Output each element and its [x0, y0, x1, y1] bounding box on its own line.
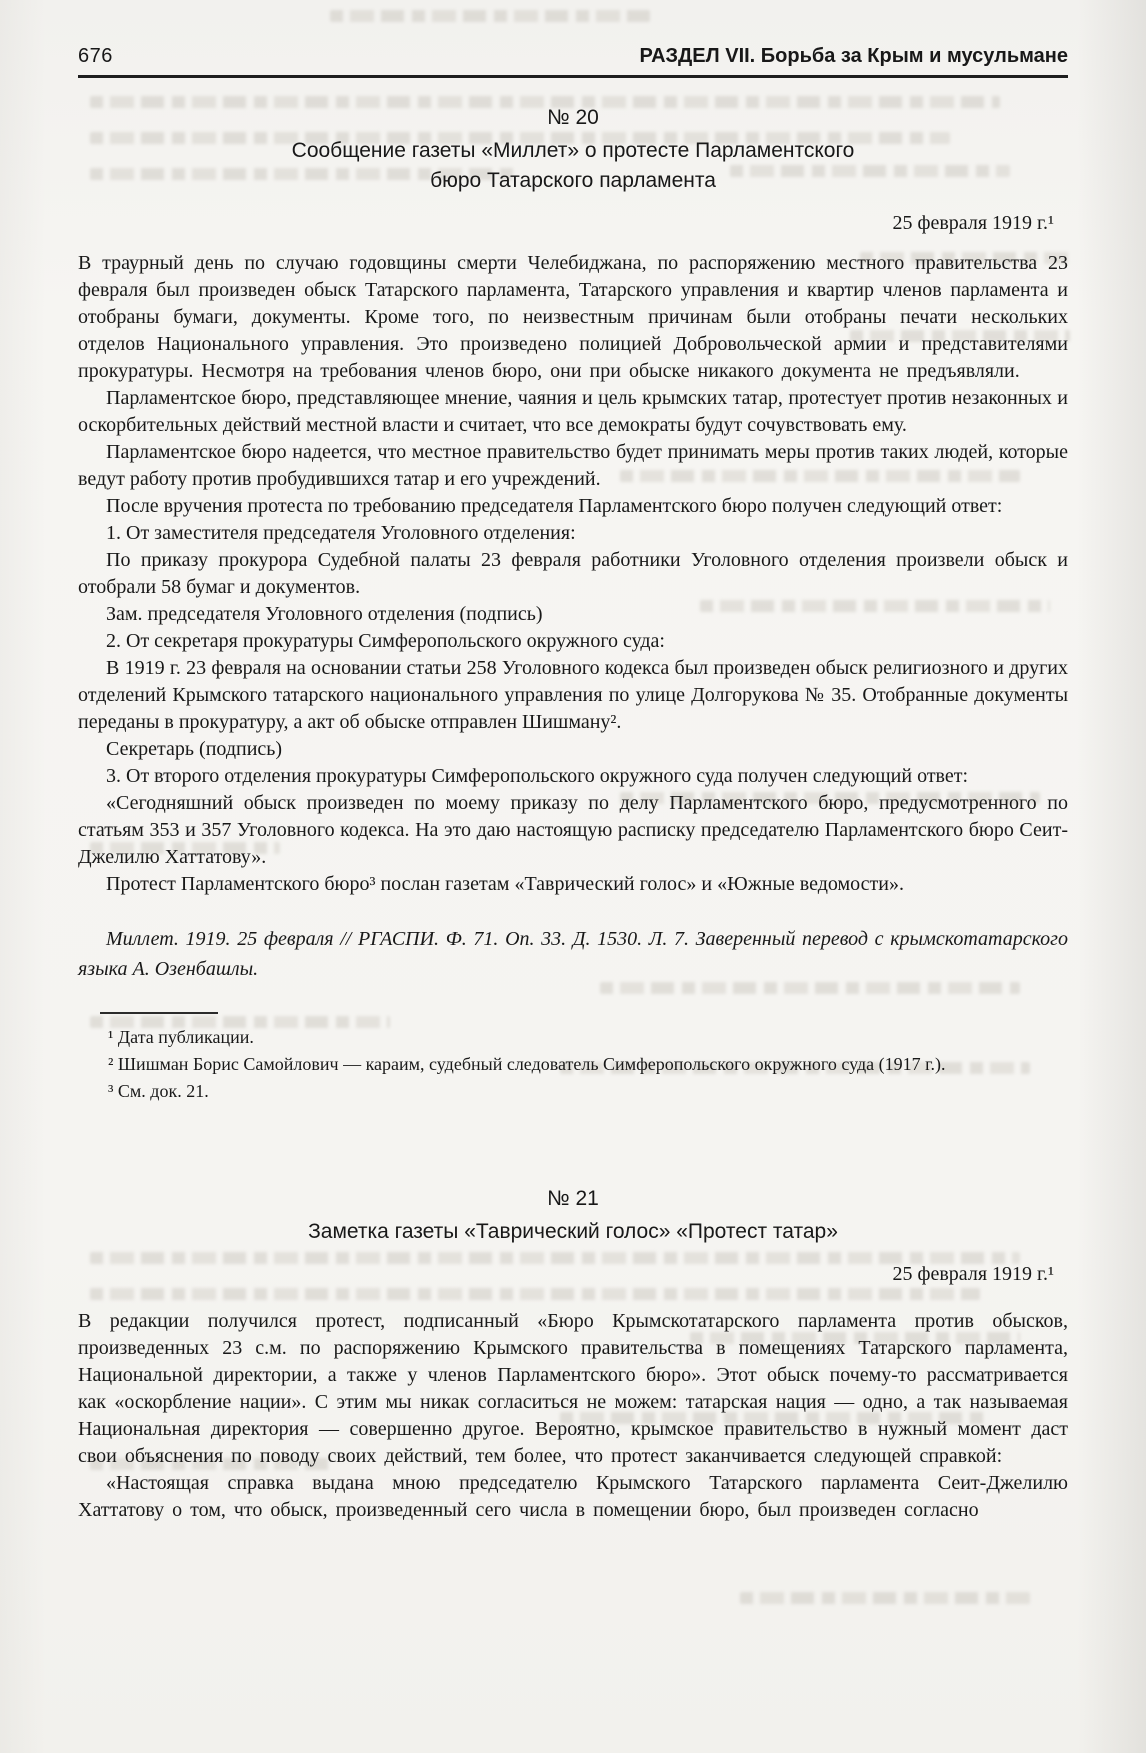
paragraph: «Настоящая справка выдана мною председат…: [78, 1470, 1068, 1524]
doc21-body: В редакции получился протест, подписанны…: [78, 1308, 1068, 1524]
doc21-title: Заметка газеты «Таврический голос» «Прот…: [283, 1217, 863, 1247]
doc20-body: В траурный день по случаю годовщины смер…: [78, 250, 1068, 898]
paragraph: В 1919 г. 23 февраля на основании статьи…: [78, 655, 1068, 736]
doc20-footnotes: ¹ Дата публикации. ² Шишман Борис Самойл…: [78, 1024, 1068, 1105]
header-rule: [78, 75, 1068, 78]
footnote: ¹ Дата публикации.: [78, 1024, 1068, 1051]
doc20-archival-source: Миллет. 1919. 25 февраля // РГАСПИ. Ф. 7…: [78, 924, 1068, 984]
paragraph: 1. От заместителя председателя Уголовног…: [78, 520, 1068, 547]
section-header: РАЗДЕЛ VII. Борьба за Крым и мусульмане: [640, 44, 1069, 68]
footnote: ³ См. док. 21.: [78, 1078, 1068, 1105]
document-21: № 21 Заметка газеты «Таврический голос» …: [78, 1185, 1068, 1524]
doc20-date: 25 февраля 1919 г.¹: [78, 210, 1068, 237]
paragraph: После вручения протеста по требованию пр…: [78, 493, 1068, 520]
paragraph: 2. От секретаря прокуратуры Симферопольс…: [78, 628, 1068, 655]
paragraph: 3. От второго отделения прокуратуры Симф…: [78, 763, 1068, 790]
paragraph: Парламентское бюро надеется, что местное…: [78, 439, 1068, 493]
scanned-page: 676 РАЗДЕЛ VII. Борьба за Крым и мусульм…: [78, 44, 1068, 1524]
paragraph: По приказу прокурора Судебной палаты 23 …: [78, 547, 1068, 601]
doc21-date: 25 февраля 1919 г.¹: [78, 1261, 1068, 1288]
doc20-title: Сообщение газеты «Миллет» о протесте Пар…: [283, 136, 863, 196]
paragraph: В редакции получился протест, подписанны…: [78, 1308, 1068, 1470]
paragraph: Зам. председателя Уголовного отделения (…: [78, 601, 1068, 628]
paragraph: Протест Парламентского бюро³ послан газе…: [78, 871, 1068, 898]
footnote: ² Шишман Борис Самойлович — караим, суде…: [78, 1051, 1068, 1078]
paragraph: В траурный день по случаю годовщины смер…: [78, 250, 1068, 385]
running-header: 676 РАЗДЕЛ VII. Борьба за Крым и мусульм…: [78, 44, 1068, 68]
paragraph: Секретарь (подпись): [78, 736, 1068, 763]
paragraph: «Сегодняшний обыск произведен по моему п…: [78, 790, 1068, 871]
paragraph: Парламентское бюро, представляющее мнени…: [78, 385, 1068, 439]
doc20-number: № 20: [78, 104, 1068, 131]
footnote-separator: [100, 1012, 218, 1014]
page-number: 676: [78, 44, 113, 68]
doc21-number: № 21: [78, 1185, 1068, 1212]
document-20: № 20 Сообщение газеты «Миллет» о протест…: [78, 104, 1068, 1105]
